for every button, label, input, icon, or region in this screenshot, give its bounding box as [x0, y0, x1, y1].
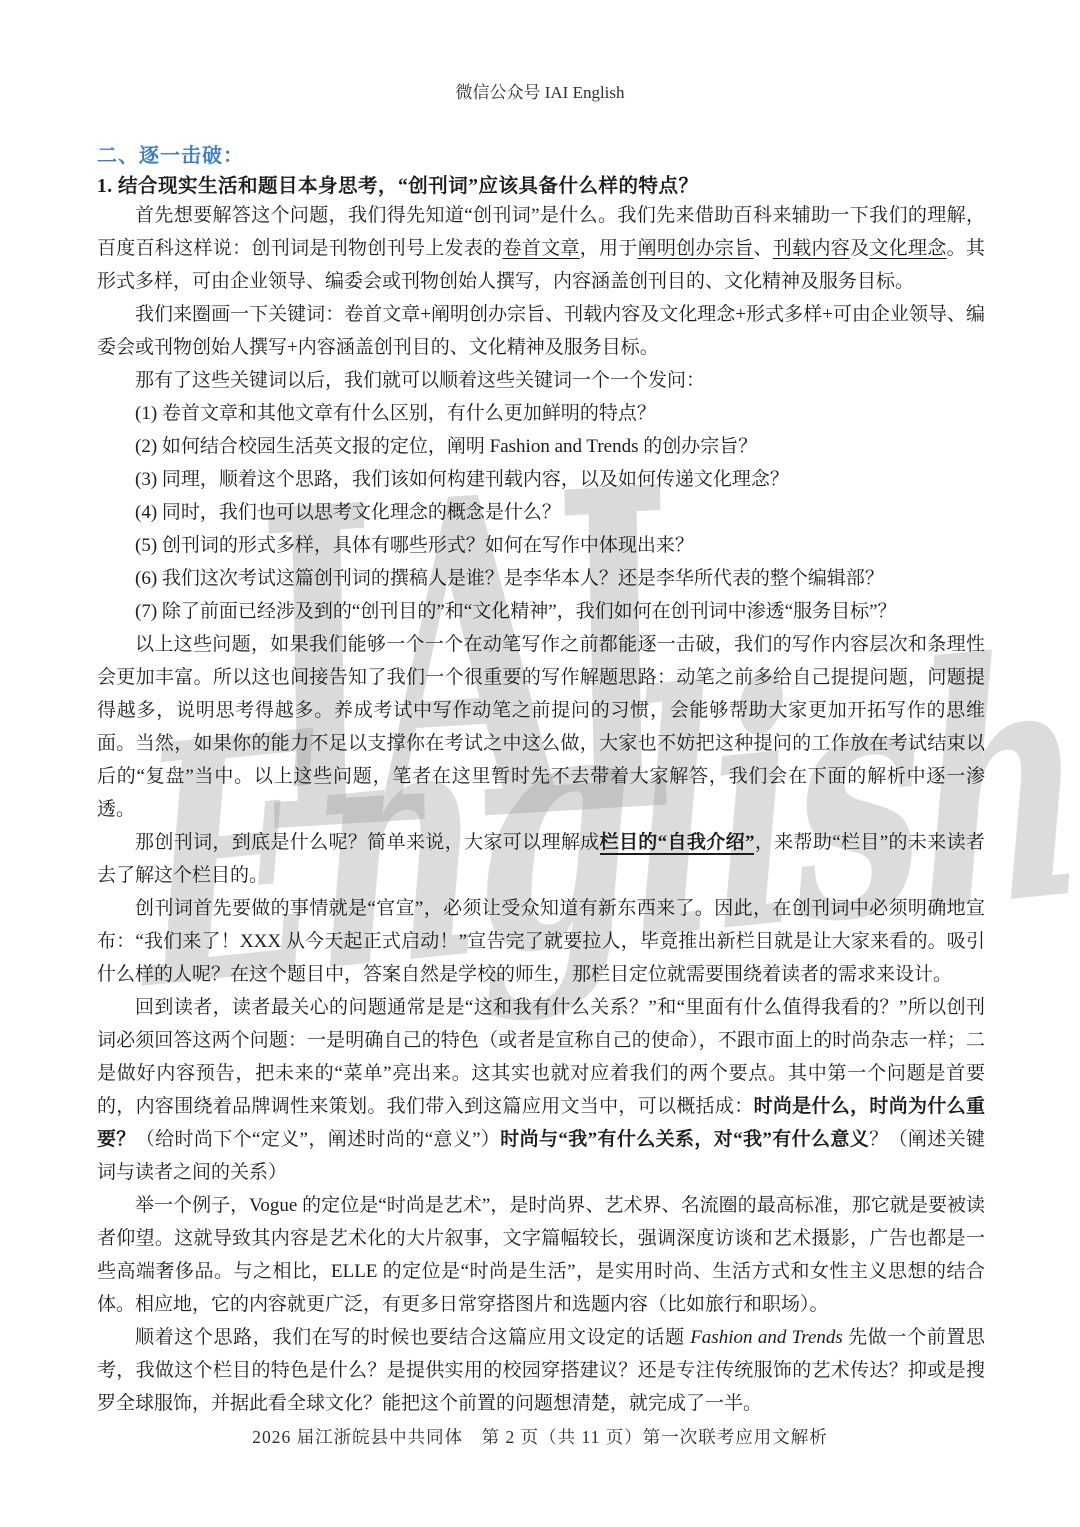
document-body: 首先想要解答这个问题，我们得先知道“创刊词”是什么。我们先来借助百科来辅助一下我… [97, 199, 985, 1420]
paragraph: (7) 除了前面已经涉及到的“创刊目的”和“文化精神”，我们如何在创刊词中渗透“… [97, 595, 985, 628]
page-header-text: 微信公众号 IAI English [0, 78, 1080, 103]
document-page: IAI English 微信公众号 IAI English 二、逐一击破： 1.… [0, 0, 1080, 1527]
question-title: 1. 结合现实生活和题目本身思考，“创刊词”应该具备什么样的特点？ [97, 170, 985, 198]
paragraph: 那创刊词，到底是什么呢？简单来说，大家可以理解成栏目的“自我介绍”，来帮助“栏目… [97, 826, 985, 892]
section-heading: 二、逐一击破： [97, 139, 244, 168]
paragraph: 顺着这个思路，我们在写的时候也要结合这篇应用文设定的话题 Fashion and… [97, 1321, 985, 1420]
text-run: (6) 我们这次考试这篇创刊词的撰稿人是谁？是李华本人？还是李华所代表的整个编辑… [135, 568, 884, 589]
text-run: 那创刊词，到底是什么呢？简单来说，大家可以理解成 [135, 832, 600, 853]
paragraph: (6) 我们这次考试这篇创刊词的撰稿人是谁？是李华本人？还是李华所代表的整个编辑… [97, 562, 985, 595]
paragraph: (3) 同理，顺着这个思路，我们该如何构建刊载内容，以及如何传递文化理念？ [97, 463, 985, 496]
text-run: 时尚与“我”有什么关系，对“我”有什么意义 [500, 1129, 869, 1150]
text-run: (3) 同理，顺着这个思路，我们该如何构建刊载内容，以及如何传递文化理念？ [135, 469, 789, 490]
text-run: (5) 创刊词的形式多样，具体有哪些形式？如何在写作中体现出来？ [135, 535, 694, 556]
text-run: ，用于 [580, 238, 638, 259]
text-run: 、 [754, 238, 773, 259]
text-run: 文化理念 [869, 238, 946, 259]
paragraph: 我们来圈画一下关键词：卷首文章+阐明创办宗旨、刊载内容及文化理念+形式多样+可由… [97, 298, 985, 364]
paragraph: 那有了这些关键词以后，我们就可以顺着这些关键词一个一个发问： [97, 364, 985, 397]
paragraph: 以上这些问题，如果我们能够一个一个在动笔写作之前都能逐一击破，我们的写作内容层次… [97, 628, 985, 826]
text-run: 顺着这个思路，我们在写的时候也要结合这篇应用文设定的话题 [135, 1327, 690, 1348]
page-footer-text: 2026 届江浙皖县中共同体 第 2 页（共 11 页）第一次联考应用文解析 [0, 1424, 1080, 1449]
paragraph: (1) 卷首文章和其他文章有什么区别，有什么更加鲜明的特点？ [97, 397, 985, 430]
text-run: 创刊词首先要做的事情就是“官宣”，必须让受众知道有新东西来了。因此，在创刊词中必… [97, 898, 985, 985]
text-run: 举一个例子，Vogue 的定位是“时尚是艺术”，是时尚界、艺术界、名流圈的最高标… [97, 1195, 985, 1315]
text-run: 卷首文章 [502, 238, 579, 259]
text-run: 栏目的“自我介绍” [600, 832, 755, 855]
text-run: (7) 除了前面已经涉及到的“创刊目的”和“文化精神”，我们如何在创刊词中渗透“… [135, 601, 897, 622]
paragraph: 举一个例子，Vogue 的定位是“时尚是艺术”，是时尚界、艺术界、名流圈的最高标… [97, 1189, 985, 1321]
paragraph: (2) 如何结合校园生活英文报的定位，阐明 Fashion and Trends… [97, 430, 985, 463]
text-run: 及 [850, 238, 869, 259]
document-content: 微信公众号 IAI English 二、逐一击破： 1. 结合现实生活和题目本身… [0, 0, 1080, 1527]
text-run: 我们来圈画一下关键词：卷首文章+阐明创办宗旨、刊载内容及文化理念+形式多样+可由… [97, 304, 985, 358]
text-run: Fashion and Trends [690, 1327, 843, 1348]
paragraph: 创刊词首先要做的事情就是“官宣”，必须让受众知道有新东西来了。因此，在创刊词中必… [97, 892, 985, 991]
paragraph: (5) 创刊词的形式多样，具体有哪些形式？如何在写作中体现出来？ [97, 529, 985, 562]
text-run: (2) 如何结合校园生活英文报的定位，阐明 Fashion and Trends… [135, 436, 757, 457]
text-run: 刊载内容 [773, 238, 850, 259]
text-run: 阐明创办宗旨 [638, 238, 754, 259]
text-run: 那有了这些关键词以后，我们就可以顺着这些关键词一个一个发问： [135, 370, 705, 391]
text-run: (4) 同时，我们也可以思考文化理念的概念是什么？ [135, 502, 561, 523]
paragraph: 回到读者，读者最关心的问题通常是是“这和我有什么关系？”和“里面有什么值得我看的… [97, 991, 985, 1189]
paragraph: 首先想要解答这个问题，我们得先知道“创刊词”是什么。我们先来借助百科来辅助一下我… [97, 199, 985, 298]
text-run: 以上这些问题，如果我们能够一个一个在动笔写作之前都能逐一击破，我们的写作内容层次… [97, 634, 985, 820]
text-run: (1) 卷首文章和其他文章有什么区别，有什么更加鲜明的特点？ [135, 403, 656, 424]
text-run: （给时尚下个“定义”，阐述时尚的“意义”） [136, 1129, 501, 1150]
paragraph: (4) 同时，我们也可以思考文化理念的概念是什么？ [97, 496, 985, 529]
